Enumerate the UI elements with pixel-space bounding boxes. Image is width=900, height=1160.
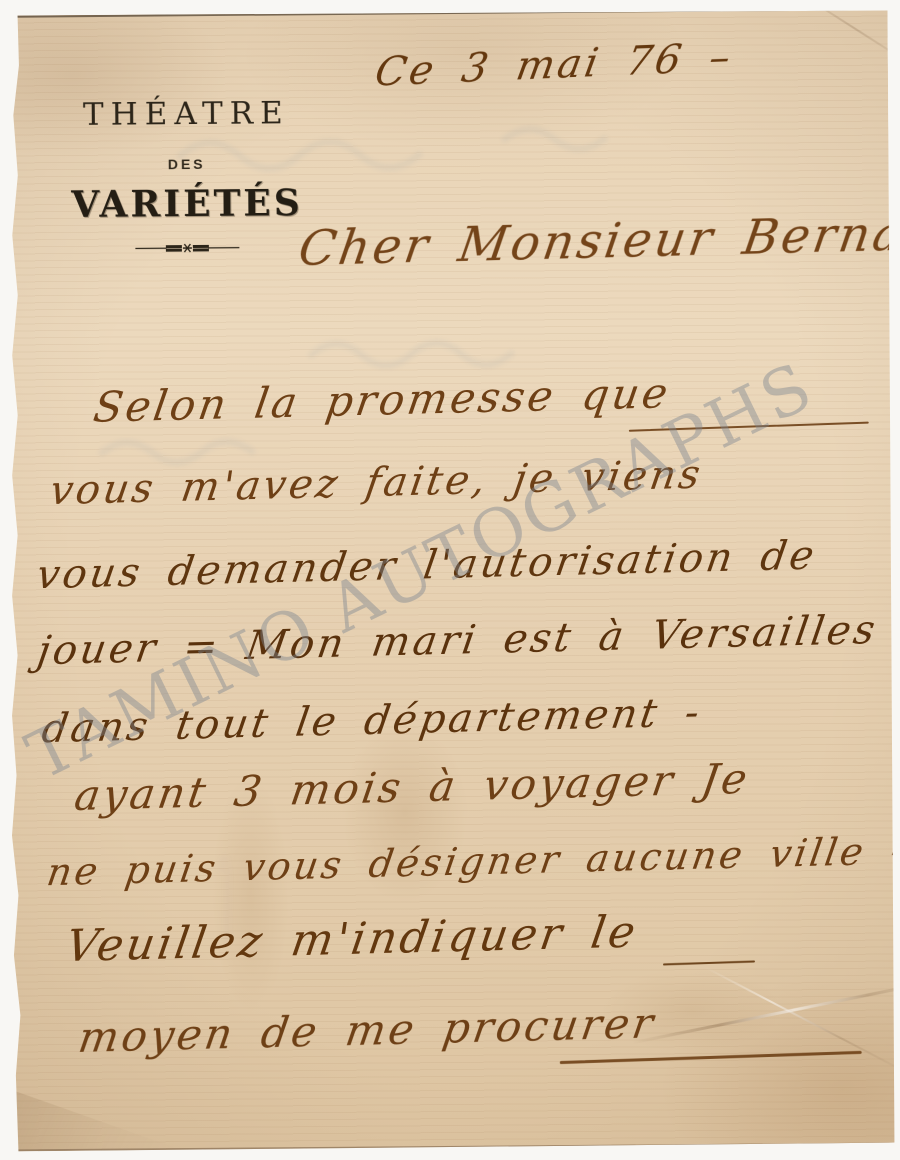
- handwritten-line-4: jouer = Mon mari est à Versailles =: [35, 608, 900, 671]
- paper-crease: [794, 0, 900, 66]
- salutation-line: Cher Monsieur Bernach,: [296, 208, 900, 273]
- scanned-letter-photo: THÉATRE DES VARIÉTÉS Ce 3 mai 76 – Cher …: [0, 0, 900, 1160]
- handwritten-line-1: Selon la promesse que: [91, 372, 674, 429]
- date-line: Ce 3 mai 76 –: [372, 37, 736, 92]
- pen-flourish: [663, 960, 755, 965]
- handwritten-line-2: vous m'avez faite, je viens: [47, 455, 705, 512]
- pen-flourish: [560, 1051, 862, 1064]
- letter-paper: THÉATRE DES VARIÉTÉS Ce 3 mai 76 – Cher …: [4, 9, 897, 1152]
- handwritten-line-6: ayant 3 mois à voyager Je: [72, 758, 753, 817]
- handwritten-line-7: ne puis vous désigner aucune ville -: [44, 831, 900, 891]
- pen-flourish: [629, 422, 869, 432]
- letterhead-theatre: THÉATRE: [66, 95, 306, 133]
- letterhead-des: DES: [67, 155, 307, 173]
- handwritten-line-9: moyen de me procurer: [76, 1002, 659, 1059]
- divider-ornament: [135, 241, 239, 256]
- letterhead-varietes: VARIÉTÉS: [67, 182, 307, 226]
- handwritten-line-5: dans tout le département -: [39, 693, 704, 750]
- handwritten-line-3: vous demander l'autorisation de: [34, 536, 819, 596]
- paper-fold-corner: [16, 1090, 176, 1149]
- handwritten-line-8: Veuillez m'indiquer le: [63, 911, 641, 969]
- letterhead: THÉATRE DES VARIÉTÉS: [66, 95, 307, 260]
- paper-crease: [632, 982, 900, 1044]
- paper-top-edge: [14, 8, 888, 18]
